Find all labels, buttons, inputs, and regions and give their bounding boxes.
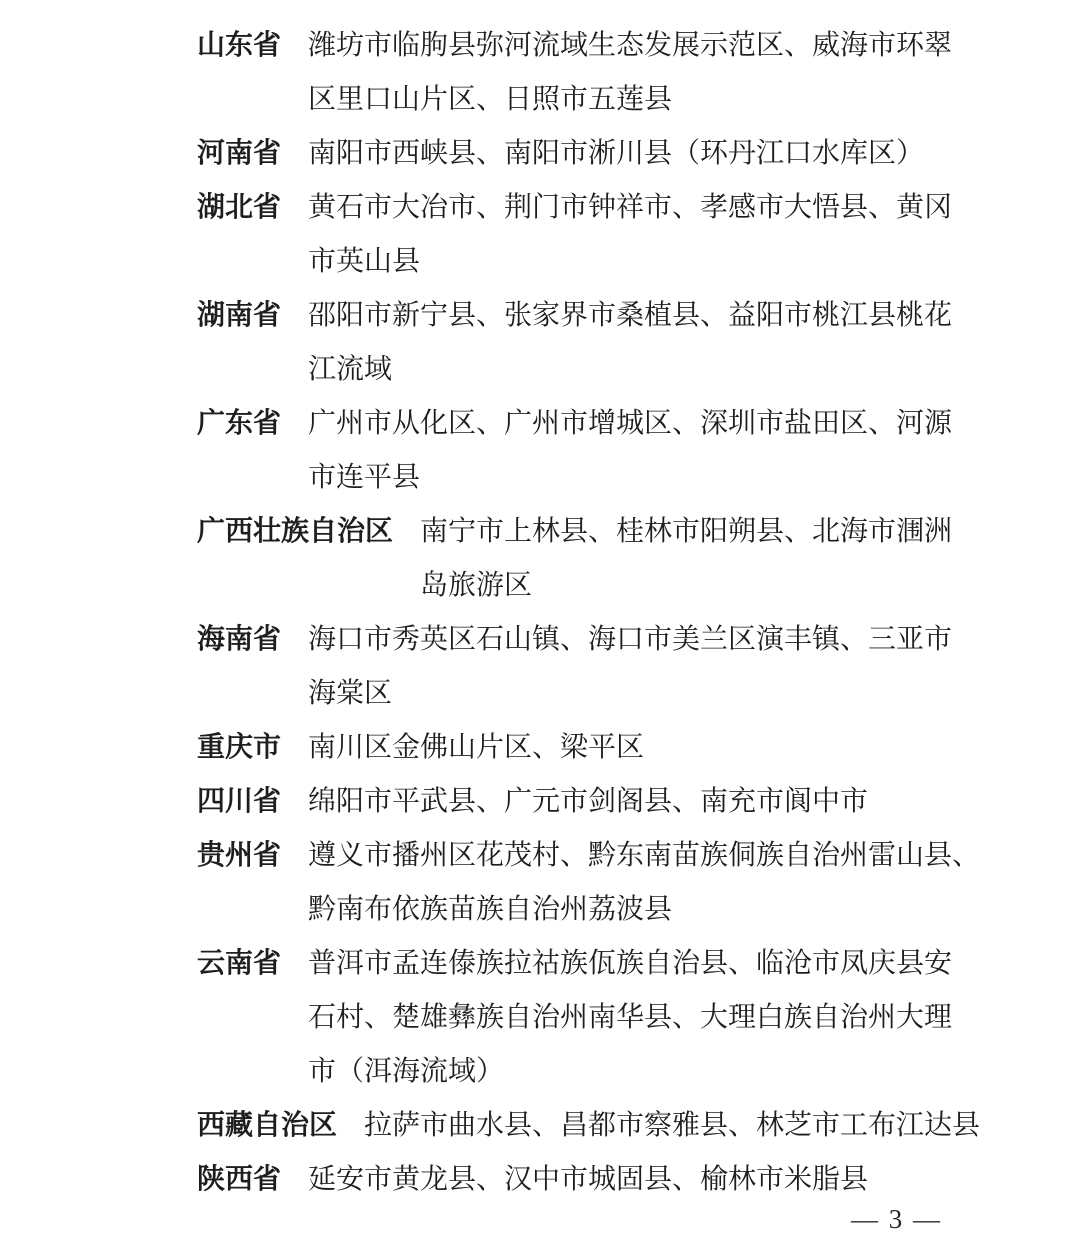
region-line: 黔南布依族苗族自治州荔波县 [308,894,672,925]
province-entry: 贵州省遵义市播州区花茂村、黔东南苗族侗族自治州雷山县、黔南布依族苗族自治州荔波县 [197,829,1007,937]
region-list: 黄石市大冶市、荆门市钟祥市、孝感市大悟县、黄冈市英山县 [308,181,952,289]
province-entry: 四川省绵阳市平武县、广元市剑阁县、南充市阆中市 [197,775,1007,829]
province-name: 四川省 [197,775,281,829]
region-line: 区里口山片区、日照市五莲县 [308,84,672,115]
region-line: 延安市黄龙县、汉中市城固县、榆林市米脂县 [308,1164,868,1195]
province-name: 贵州省 [197,829,281,883]
region-list: 南宁市上林县、桂林市阳朔县、北海市涠洲岛旅游区 [420,505,952,613]
region-list: 南阳市西峡县、南阳市淅川县（环丹江口水库区） [308,127,924,181]
region-list: 邵阳市新宁县、张家界市桑植县、益阳市桃江县桃花江流域 [308,289,952,397]
province-entry: 重庆市南川区金佛山片区、梁平区 [197,721,1007,775]
region-list: 广州市从化区、广州市增城区、深圳市盐田区、河源市连平县 [308,397,952,505]
province-name: 湖北省 [197,181,281,235]
province-name: 广东省 [197,397,281,451]
region-line: 普洱市孟连傣族拉祜族佤族自治县、临沧市凤庆县安 [308,948,952,979]
region-line: 海口市秀英区石山镇、海口市美兰区演丰镇、三亚市 [308,624,952,655]
province-entry: 陕西省延安市黄龙县、汉中市城固县、榆林市米脂县 [197,1153,1007,1207]
region-list: 普洱市孟连傣族拉祜族佤族自治县、临沧市凤庆县安石村、楚雄彝族自治州南华县、大理白… [308,937,952,1099]
province-entry: 河南省南阳市西峡县、南阳市淅川县（环丹江口水库区） [197,127,1007,181]
region-line: 江流域 [308,354,392,385]
region-list: 遵义市播州区花茂村、黔东南苗族侗族自治州雷山县、黔南布依族苗族自治州荔波县 [308,829,980,937]
region-list: 南川区金佛山片区、梁平区 [308,721,644,775]
region-line: 市连平县 [308,462,420,493]
region-line: 南川区金佛山片区、梁平区 [308,732,644,763]
province-name: 湖南省 [197,289,281,343]
province-entry: 云南省普洱市孟连傣族拉祜族佤族自治县、临沧市凤庆县安石村、楚雄彝族自治州南华县、… [197,937,1007,1099]
region-list: 延安市黄龙县、汉中市城固县、榆林市米脂县 [308,1153,868,1207]
region-line: 岛旅游区 [420,570,532,601]
province-entry: 广东省广州市从化区、广州市增城区、深圳市盐田区、河源市连平县 [197,397,1007,505]
province-name: 陕西省 [197,1153,281,1207]
region-line: 遵义市播州区花茂村、黔东南苗族侗族自治州雷山县、 [308,840,980,871]
province-name: 西藏自治区 [197,1099,337,1153]
province-entry: 山东省潍坊市临朐县弥河流域生态发展示范区、威海市环翠区里口山片区、日照市五莲县 [197,19,1007,127]
province-entry: 广西壮族自治区南宁市上林县、桂林市阳朔县、北海市涠洲岛旅游区 [197,505,1007,613]
region-line: 绵阳市平武县、广元市剑阁县、南充市阆中市 [308,786,868,817]
region-list: 拉萨市曲水县、昌都市察雅县、林芝市工布江达县 [364,1099,980,1153]
region-list: 绵阳市平武县、广元市剑阁县、南充市阆中市 [308,775,868,829]
province-name: 海南省 [197,613,281,667]
region-line: 广州市从化区、广州市增城区、深圳市盐田区、河源 [308,408,952,439]
province-list: 山东省潍坊市临朐县弥河流域生态发展示范区、威海市环翠区里口山片区、日照市五莲县河… [197,19,1007,1207]
region-line: 拉萨市曲水县、昌都市察雅县、林芝市工布江达县 [364,1110,980,1141]
region-line: 石村、楚雄彝族自治州南华县、大理白族自治州大理 [308,1002,952,1033]
province-name: 河南省 [197,127,281,181]
document-page: 山东省潍坊市临朐县弥河流域生态发展示范区、威海市环翠区里口山片区、日照市五莲县河… [0,0,1080,1244]
region-line: 黄石市大冶市、荆门市钟祥市、孝感市大悟县、黄冈 [308,192,952,223]
province-name: 云南省 [197,937,281,991]
province-entry: 海南省海口市秀英区石山镇、海口市美兰区演丰镇、三亚市海棠区 [197,613,1007,721]
region-line: 市英山县 [308,246,420,277]
region-line: 海棠区 [308,678,392,709]
region-line: 市（洱海流域） [308,1056,504,1087]
province-entry: 湖南省邵阳市新宁县、张家界市桑植县、益阳市桃江县桃花江流域 [197,289,1007,397]
region-list: 潍坊市临朐县弥河流域生态发展示范区、威海市环翠区里口山片区、日照市五莲县 [308,19,952,127]
province-name: 广西壮族自治区 [197,505,393,559]
province-name: 重庆市 [197,721,281,775]
province-entry: 西藏自治区拉萨市曲水县、昌都市察雅县、林芝市工布江达县 [197,1099,1007,1153]
region-line: 南阳市西峡县、南阳市淅川县（环丹江口水库区） [308,138,924,169]
region-list: 海口市秀英区石山镇、海口市美兰区演丰镇、三亚市海棠区 [308,613,952,721]
page-number: — 3 — [851,1202,942,1236]
province-entry: 湖北省黄石市大冶市、荆门市钟祥市、孝感市大悟县、黄冈市英山县 [197,181,1007,289]
province-name: 山东省 [197,19,281,73]
region-line: 邵阳市新宁县、张家界市桑植县、益阳市桃江县桃花 [308,300,952,331]
region-line: 南宁市上林县、桂林市阳朔县、北海市涠洲 [420,516,952,547]
region-line: 潍坊市临朐县弥河流域生态发展示范区、威海市环翠 [308,30,952,61]
